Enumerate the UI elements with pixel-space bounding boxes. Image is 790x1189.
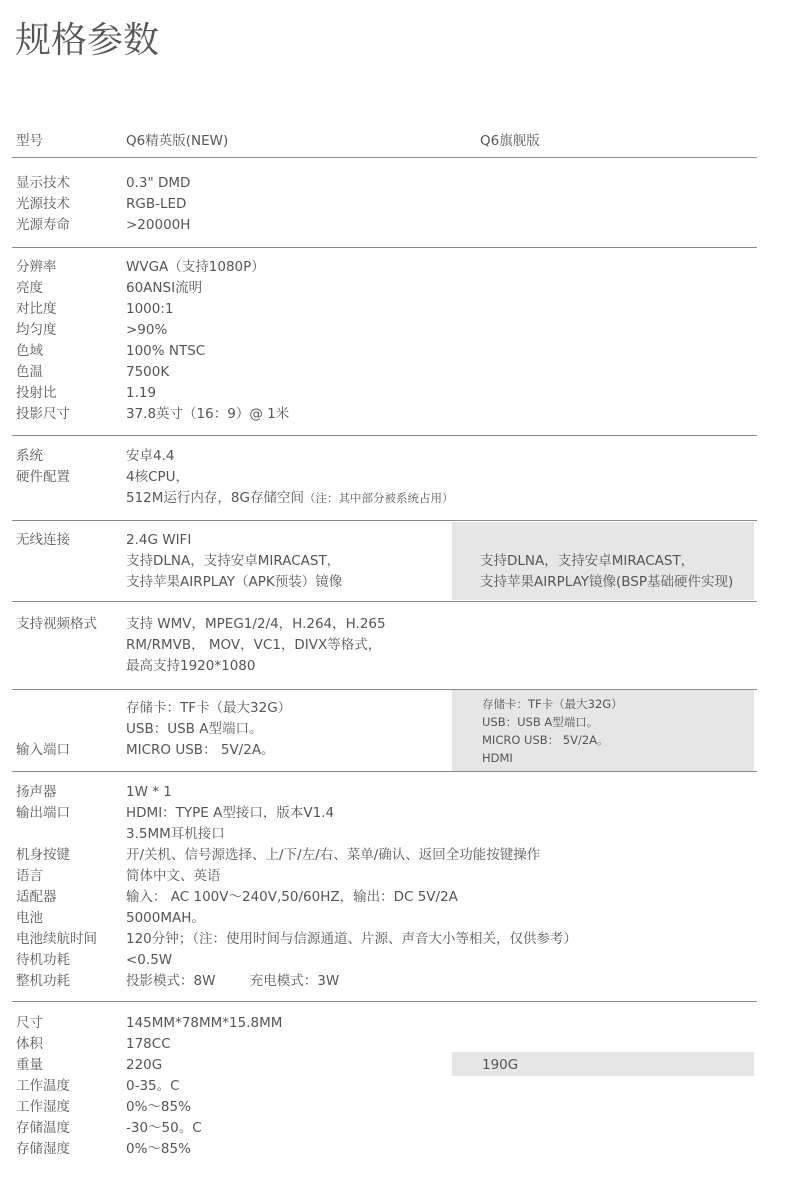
spec-value-wireless-3: 支持苹果AIRPLAY（APK预装）镜像 [126,572,342,593]
spec-value-throw-ratio: 1.19 [126,383,156,404]
spec-value-video-3: 最高支持1920*1080 [126,656,255,677]
spec-label-color-temp: 色温 [16,362,43,383]
spec-value-brightness: 60ANSI流明 [126,278,202,299]
spec-label-speaker: 扬声器 [16,782,57,803]
spec-value-light-life: >20000H [126,215,190,236]
model-label: 型号 [16,131,43,152]
divider [12,601,757,602]
spec-value-power: 投影模式：8W 充电模式：3W [126,971,339,992]
spec-value-op-humidity: 0%～85% [126,1097,191,1118]
spec-label-storage-temp: 存储温度 [16,1118,70,1139]
spec-value-buttons: 开/关机、信号源选择、上/下/左/右、菜单/确认、返回全功能按键操作 [126,845,540,866]
spec-value-weight: 220G [126,1055,162,1076]
spec-label-adapter: 适配器 [16,887,57,908]
model-a-header: Q6精英版(NEW) [126,131,228,152]
spec-label-light-life: 光源寿命 [16,215,70,236]
spec-value-b-input-2: USB：USB A型端口。 [482,713,598,731]
spec-label-power: 整机功耗 [16,971,70,992]
spec-label-video: 支持视频格式 [16,614,97,635]
spec-label-op-humidity: 工作湿度 [16,1097,70,1118]
divider [12,157,757,158]
spec-label-output: 输出端口 [16,803,70,824]
spec-value-os: 安卓4.4 [126,446,174,467]
spec-value-b-input-4: HDMI [482,749,513,767]
spec-label-language: 语言 [16,866,43,887]
spec-value-contrast: 1000:1 [126,299,174,320]
spec-value-video-2: RM/RMVB， MOV，VC1，DIVX等格式， [126,635,381,656]
spec-value-hardware: 4核CPU， [126,467,189,488]
spec-value-input-2: USB：USB A型端口。 [126,719,262,740]
spec-value-b-wireless-2: 支持苹果AIRPLAY镜像(BSP基础硬件实现) [480,572,733,593]
page-title: 规格参数 [15,18,159,64]
spec-label-projection-size: 投影尺寸 [16,404,70,425]
spec-value-b-input-1: 存储卡：TF卡（最大32G） [482,695,623,713]
spec-label-op-temp: 工作温度 [16,1076,70,1097]
spec-value-color-temp: 7500K [126,362,169,383]
spec-value-output-2: 3.5MM耳机接口 [126,824,225,845]
spec-value-b-wireless-1: 支持DLNA，支持安卓MIRACAST， [480,551,694,572]
spec-label-standby-power: 待机功耗 [16,950,70,971]
spec-value-display-tech: 0.3" DMD [126,173,190,194]
divider [12,520,757,521]
spec-label-volume: 体积 [16,1034,43,1055]
spec-value-battery-life: 120分钟；（注：使用时间与信源通道、片源、声音大小等相关，仅供参考） [126,929,577,950]
spec-value-dimensions: 145MM*78MM*15.8MM [126,1013,282,1034]
spec-value-language: 简体中文、英语 [126,866,221,887]
spec-value-op-temp: 0-35。C [126,1076,180,1097]
spec-value-input-3: MICRO USB： 5V/2A。 [126,740,275,761]
spec-label-color-gamut: 色域 [16,341,43,362]
model-b-header: Q6旗舰版 [480,131,540,152]
spec-value-input-1: 存储卡：TF卡（最大32G） [126,698,291,719]
spec-value-uniformity: >90% [126,320,167,341]
spec-label-buttons: 机身按键 [16,845,70,866]
spec-value-output: HDMI：TYPE A型接口，版本V1.4 [126,803,334,824]
spec-label-display-tech: 显示技术 [16,173,70,194]
spec-value-video-1: 支持 WMV，MPEG1/2/4，H.264，H.265 [126,614,386,635]
spec-label-throw-ratio: 投射比 [16,383,57,404]
spec-label-battery-life: 电池续航时间 [16,929,97,950]
spec-value-wireless-2: 支持DLNA，支持安卓MIRACAST， [126,551,340,572]
hardware-note: （注：其中部分被系统占用） [304,491,454,505]
divider [12,771,757,772]
spec-label-storage-humidity: 存储湿度 [16,1139,70,1160]
spec-label-battery: 电池 [16,908,43,929]
spec-label-uniformity: 均匀度 [16,320,57,341]
divider [12,247,757,248]
spec-value-standby-power: <0.5W [126,950,172,971]
spec-label-wireless: 无线连接 [16,530,70,551]
spec-label-contrast: 对比度 [16,299,57,320]
spec-value-battery: 5000MAH。 [126,908,205,929]
spec-value-speaker: 1W * 1 [126,782,172,803]
spec-value-b-input-3: MICRO USB： 5V/2A。 [482,731,609,749]
spec-value-projection-size: 37.8英寸（16：9）@ 1米 [126,404,289,425]
spec-value-color-gamut: 100% NTSC [126,341,205,362]
spec-label-input: 输入端口 [16,740,70,761]
spec-label-dimensions: 尺寸 [16,1013,43,1034]
spec-value-hardware-line2: 512M运行内存，8G存储空间（注：其中部分被系统占用） [126,488,453,509]
spec-label-resolution: 分辨率 [16,257,57,278]
spec-value-volume: 178CC [126,1034,171,1055]
spec-label-weight: 重量 [16,1055,43,1076]
spec-label-os: 系统 [16,446,43,467]
spec-value-adapter: 输入： AC 100V～240V,50/60HZ，输出：DC 5V/2A [126,887,458,908]
spec-value-storage-temp: -30～50。C [126,1118,202,1139]
spec-value-light-source: RGB-LED [126,194,186,215]
hardware-memory: 512M运行内存，8G存储空间 [126,490,304,506]
spec-value-resolution: WVGA（支持1080P） [126,257,265,278]
spec-value-wireless-1: 2.4G WIFI [126,530,191,551]
divider [12,1001,757,1002]
divider [12,435,757,436]
spec-value-storage-humidity: 0%～85% [126,1139,191,1160]
spec-value-b-weight: 190G [482,1055,518,1076]
spec-label-light-source: 光源技术 [16,194,70,215]
spec-label-hardware: 硬件配置 [16,467,70,488]
spec-label-brightness: 亮度 [16,278,43,299]
